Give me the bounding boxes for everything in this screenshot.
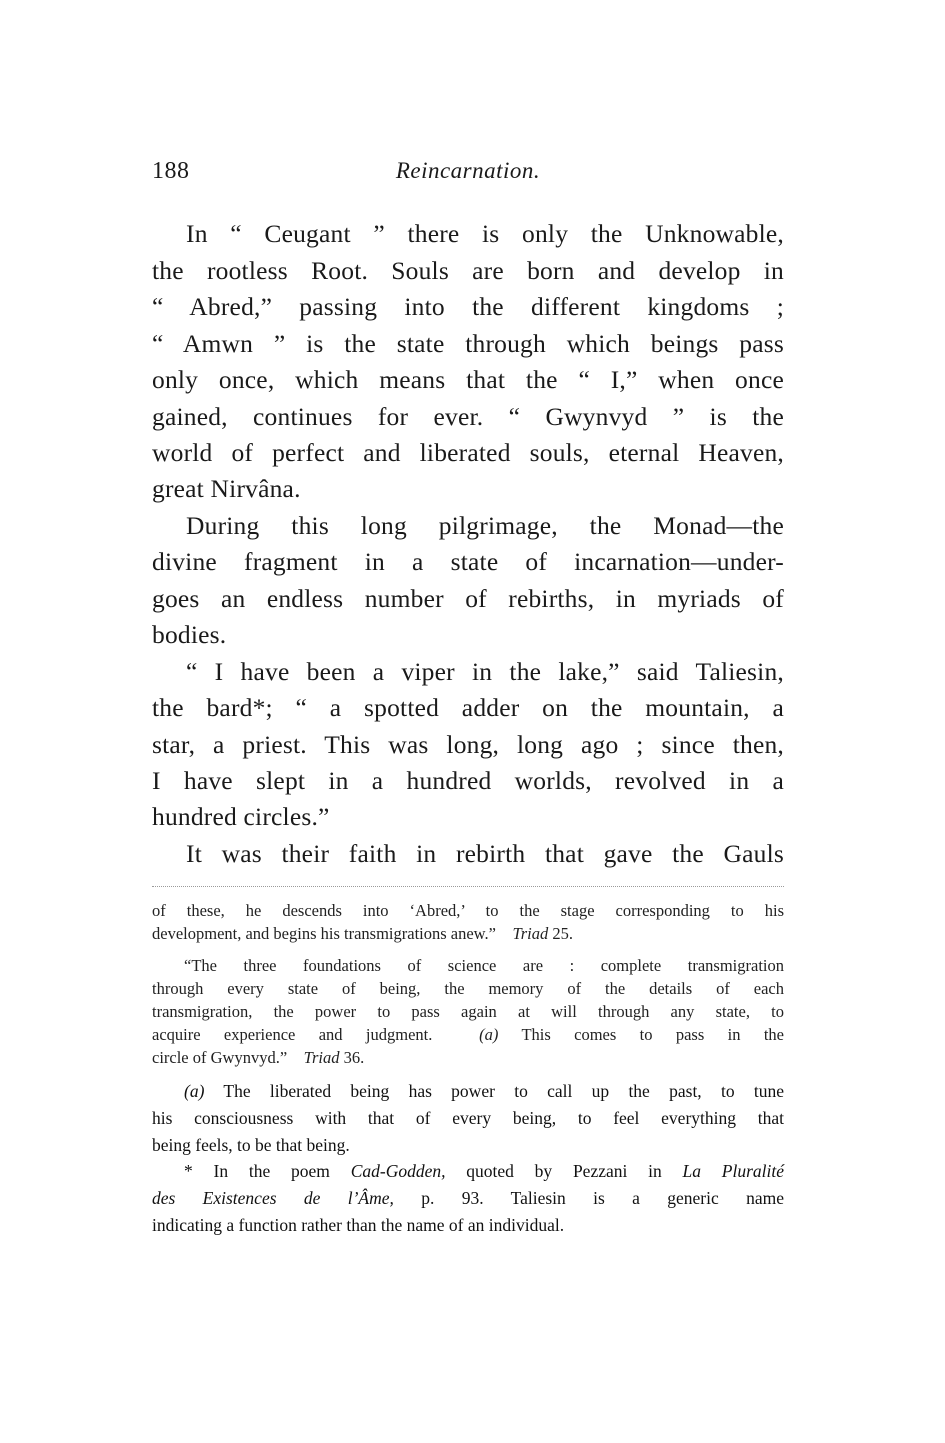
body-line: gained, continues for ever. “ Gwynvyd ” …	[152, 399, 784, 435]
work-title: La Pluralité	[683, 1161, 784, 1181]
body-line: bodies.	[152, 617, 784, 653]
footnote-text: circle of Gwynvyd.”	[152, 1048, 287, 1067]
work-title: Cad-Godden,	[351, 1161, 446, 1181]
footnote-text: quoted by Pezzani in	[466, 1161, 662, 1181]
footnote-line: (a) The liberated being has power to cal…	[184, 1079, 784, 1103]
footnote-text: The liberated being has power to call up…	[223, 1081, 784, 1101]
triad-number: 25.	[552, 924, 573, 943]
work-title: des Existences de l’Âme,	[152, 1188, 394, 1208]
footnote-line: “The three foundations of science are : …	[184, 955, 784, 977]
footnote-line: indicating a function rather than the na…	[152, 1213, 784, 1237]
body-line: hundred circles.”	[152, 799, 784, 835]
footnote-line: * In the poem Cad-Godden, quoted by Pezz…	[184, 1159, 784, 1183]
body-line: star, a priest. This was long, long ago …	[152, 727, 784, 763]
page-header: 188 Reincarnation.	[152, 158, 784, 190]
footnote-text: This comes to pass in the	[521, 1025, 784, 1044]
footnote-text: development, and begins his transmigrati…	[152, 924, 496, 943]
footnote-text: p. 93. Taliesin is a generic name	[421, 1188, 784, 1208]
running-title: Reincarnation.	[152, 158, 784, 184]
note-marker: (a)	[479, 1025, 498, 1044]
body-line: the bard*; “ a spotted adder on the moun…	[152, 690, 784, 726]
triad-citation: Triad	[512, 924, 548, 943]
body-line: world of perfect and liberated souls, et…	[152, 435, 784, 471]
note-marker: (a)	[184, 1081, 204, 1101]
body-line: divine fragment in a state of incarnatio…	[152, 544, 784, 580]
footnote-line: acquire experience and judgment. (a) Thi…	[152, 1024, 784, 1046]
footnote-text: In the poem	[214, 1161, 330, 1181]
footnote-text: acquire experience and judgment.	[152, 1025, 432, 1044]
body-line: “ I have been a viper in the lake,” said…	[186, 654, 784, 690]
body-line: It was their faith in rebirth that gave …	[186, 836, 784, 872]
body-line: great Nirvâna.	[152, 471, 784, 507]
triad-number: 36.	[344, 1048, 365, 1067]
body-line: the rootless Root. Souls are born and de…	[152, 253, 784, 289]
body-line: In “ Ceugant ” there is only the Unknowa…	[186, 216, 784, 252]
body-line: “ Amwn ” is the state through which bein…	[152, 326, 784, 362]
body-line: only once, which means that the “ I,” wh…	[152, 362, 784, 398]
footnote-line: development, and begins his transmigrati…	[152, 923, 784, 945]
body-line: During this long pilgrimage, the Monad—t…	[186, 508, 784, 544]
footnote-line: his consciousness with that of every bei…	[152, 1106, 784, 1130]
footnote-line: of these, he descends into ‘Abred,’ to t…	[152, 900, 784, 922]
footnote-separator	[152, 886, 784, 887]
body-line: goes an endless number of rebirths, in m…	[152, 581, 784, 617]
book-page: 188 Reincarnation. In “ Ceugant ” there …	[0, 0, 945, 1443]
footnote-line: through every state of being, the memory…	[152, 978, 784, 1000]
footnote-line: circle of Gwynvyd.” Triad 36.	[152, 1047, 784, 1069]
footnote-line: transmigration, the power to pass again …	[152, 1001, 784, 1023]
footnote-line: des Existences de l’Âme, p. 93. Taliesin…	[152, 1186, 784, 1210]
triad-citation: Triad	[304, 1048, 340, 1067]
note-marker: *	[184, 1161, 193, 1181]
body-line: “ Abred,” passing into the different kin…	[152, 289, 784, 325]
footnote-line: being feels, to be that being.	[152, 1133, 784, 1157]
body-line: I have slept in a hundred worlds, revolv…	[152, 763, 784, 799]
